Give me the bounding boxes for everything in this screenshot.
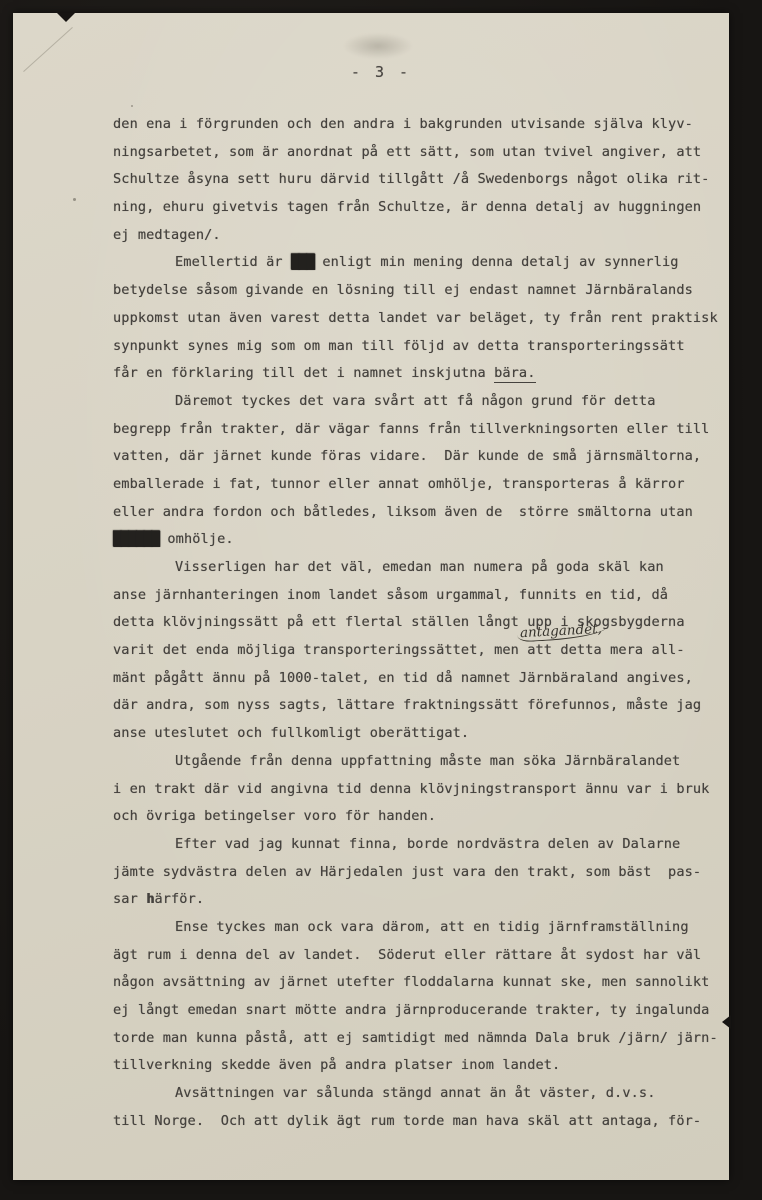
text-segment: anse järnhanteringen inom landet såsom u… [113, 587, 668, 603]
text-line: får en förklaring till det i namnet insk… [113, 360, 717, 388]
text-line: i en trakt där vid angivna tid denna klö… [113, 776, 717, 804]
paragraph: Avsättningen var sålunda stängd annat än… [113, 1080, 717, 1135]
paper-speck [73, 198, 76, 201]
text-segment: ägt rum i denna del av landet. Söderut e… [113, 947, 701, 963]
text-segment: ej långt emedan snart mötte andra järnpr… [113, 1002, 709, 1018]
text-segment: emballerade i fat, tunnor eller annat om… [113, 476, 685, 492]
paragraph: Ense tyckes man ock vara därom, att en t… [113, 914, 717, 1080]
text-segment: Ense tyckes man ock vara därom, att en t… [175, 919, 689, 935]
text-line: jämte sydvästra delen av Härjedalen just… [113, 859, 717, 887]
text-line: den ena i förgrunden och den andra i bak… [113, 111, 717, 139]
underlined-text: bära. [494, 365, 535, 383]
text-segment: vatten, där järnet kunde föras vidare. D… [113, 448, 701, 464]
text-segment: Däremot tyckes det vara svårt att få någ… [175, 393, 655, 409]
text-line: och övriga betingelser voro för handen. [113, 803, 717, 831]
text-line: Visserligen har det väl, emedan man nume… [113, 554, 717, 582]
text-segment: omhölje. [159, 531, 234, 547]
text-line: ej medtagen/. [113, 222, 717, 250]
text-segment: mänt pågått ännu på 1000-talet, en tid d… [113, 670, 693, 686]
text-line: eller andra fordon och båtledes, liksom … [113, 499, 717, 527]
text-segment: ningsarbetet, som är anordnat på ett sät… [113, 144, 701, 160]
text-line: anse järnhanteringen inom landet såsom u… [113, 582, 717, 610]
text-line: tillverkning skedde även på andra platse… [113, 1052, 717, 1080]
text-line: ██████ omhölje. [113, 526, 717, 554]
text-line: betydelse såsom givande en lösning till … [113, 277, 717, 305]
paragraph: Efter vad jag kunnat finna, borde nordvä… [113, 831, 717, 914]
text-segment: varit det enda möjliga transporteringssä… [113, 642, 527, 658]
text-line: Däremot tyckes det vara svårt att få någ… [113, 388, 717, 416]
text-segment: får en förklaring till det i namnet insk… [113, 365, 494, 381]
text-line: Schultze åsyna sett huru därvid tillgått… [113, 166, 717, 194]
text-segment: anse uteslutet och fullkomligt oberättig… [113, 725, 469, 741]
text-line: synpunkt synes mig som om man till följd… [113, 333, 717, 361]
text-segment: ej medtagen/. [113, 227, 221, 243]
paper-speck [131, 105, 133, 107]
text-line: begrepp från trakter, där vägar fanns fr… [113, 416, 717, 444]
text-line: varit det enda möjliga transporteringssä… [113, 637, 717, 665]
text-segment: uppkomst utan även varest detta landet v… [113, 310, 718, 326]
text-line: mänt pågått ännu på 1000-talet, en tid d… [113, 665, 717, 693]
paragraph: Visserligen har det väl, emedan man nume… [113, 554, 717, 748]
struck-out-word: ██████ [113, 531, 159, 547]
text-segment: den ena i förgrunden och den andra i bak… [113, 116, 693, 132]
paper-edge-notch [722, 1015, 731, 1029]
text-line: uppkomst utan även varest detta landet v… [113, 305, 717, 333]
paragraph: Emellertid är ███ enligt min mening denn… [113, 249, 717, 387]
text-line: vatten, där järnet kunde föras vidare. D… [113, 443, 717, 471]
text-line: detta klövjningssätt på ett flertal stäl… [113, 609, 717, 637]
text-segment: Avsättningen var sålunda stängd annat än… [175, 1085, 655, 1101]
text-segment: Efter vad jag kunnat finna, borde nordvä… [175, 836, 680, 852]
text-segment: Utgående från denna uppfattning måste ma… [175, 753, 680, 769]
text-line: anse uteslutet och fullkomligt oberättig… [113, 720, 717, 748]
paragraph: Utgående från denna uppfattning måste ma… [113, 748, 717, 831]
paragraph: Däremot tyckes det vara svårt att få någ… [113, 388, 717, 554]
text-segment: till Norge. Och att dylik ägt rum torde … [113, 1113, 701, 1129]
page-number: - 3 - [13, 63, 729, 81]
text-line: sar härför. [113, 886, 717, 914]
text-line: ej långt emedan snart mötte andra järnpr… [113, 997, 717, 1025]
text-segment: i en trakt där vid angivna tid denna klö… [113, 781, 709, 797]
text-segment: tillverkning skedde även på andra platse… [113, 1057, 560, 1073]
text-line: till Norge. Och att dylik ägt rum torde … [113, 1108, 717, 1136]
text-segment: torde man kunna påstå, att ej samtidigt … [113, 1030, 718, 1046]
text-line: Emellertid är ███ enligt min mening denn… [113, 249, 717, 277]
text-segment: ning, ehuru givetvis tagen från Schultze… [113, 199, 701, 215]
text-segment: synpunkt synes mig som om man till följd… [113, 338, 685, 354]
struck-out-word: ███ [291, 254, 314, 270]
text-block: den ena i förgrunden och den andra i bak… [113, 111, 717, 1135]
text-line: Utgående från denna uppfattning måste ma… [113, 748, 717, 776]
text-segment: och övriga betingelser voro för handen. [113, 808, 436, 824]
text-segment: där andra, som nyss sagts, lättare frakt… [113, 697, 701, 713]
text-segment: eller andra fordon och båtledes, liksom … [113, 504, 693, 520]
text-segment: Visserligen har det väl, emedan man nume… [175, 559, 664, 575]
text-line: Efter vad jag kunnat finna, borde nordvä… [113, 831, 717, 859]
document-page: - 3 - den ena i förgrunden och den andra… [13, 13, 729, 1180]
text-line: emballerade i fat, tunnor eller annat om… [113, 471, 717, 499]
text-segment: betydelse såsom givande en lösning till … [113, 282, 693, 298]
text-segment: mera all- [602, 642, 685, 658]
text-line: någon avsättning av järnet utefter flodd… [113, 969, 717, 997]
text-segment: enligt min mening denna detalj av synner… [314, 254, 679, 270]
text-segment: sar [113, 891, 146, 907]
text-segment: jämte sydvästra delen av Härjedalen just… [113, 864, 701, 880]
text-segment: någon avsättning av järnet utefter flodd… [113, 974, 709, 990]
handwritten-annotation: antagandet, [517, 622, 608, 643]
text-segment: begrepp från trakter, där vägar fanns fr… [113, 421, 709, 437]
paper-edge-notch [57, 13, 75, 22]
text-line: Ense tyckes man ock vara därom, att en t… [113, 914, 717, 942]
annotated-text: att dettaantagandet, [527, 642, 602, 658]
text-segment: Emellertid är [175, 254, 291, 270]
paragraph: den ena i förgrunden och den andra i bak… [113, 111, 717, 249]
text-line: där andra, som nyss sagts, lättare frakt… [113, 692, 717, 720]
text-segment: Schultze åsyna sett huru därvid tillgått… [113, 171, 709, 187]
text-line: ningsarbetet, som är anordnat på ett sät… [113, 139, 717, 167]
text-line: ning, ehuru givetvis tagen från Schultze… [113, 194, 717, 222]
text-line: torde man kunna påstå, att ej samtidigt … [113, 1025, 717, 1053]
text-line: ägt rum i denna del av landet. Söderut e… [113, 942, 717, 970]
paper-smudge [343, 33, 413, 59]
text-line: Avsättningen var sålunda stängd annat än… [113, 1080, 717, 1108]
text-segment: ärför. [154, 891, 204, 907]
